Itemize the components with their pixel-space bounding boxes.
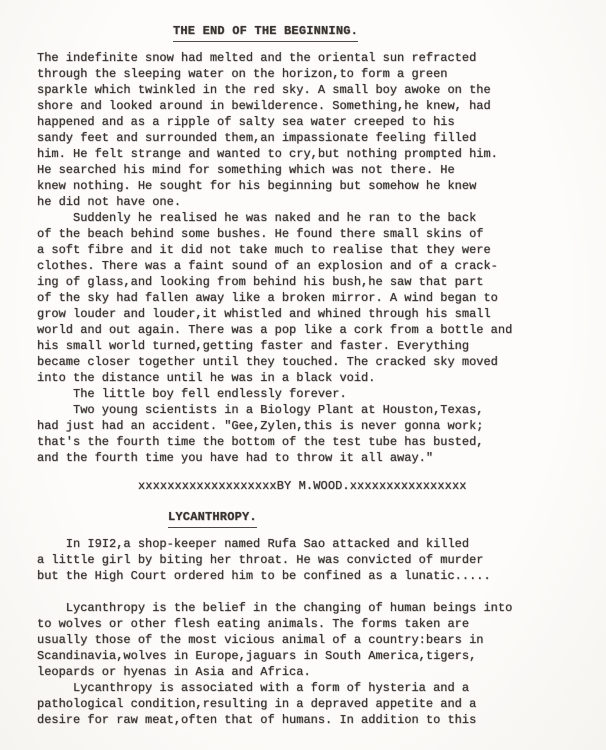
text-line: but the High Court ordered him to be con… bbox=[37, 568, 576, 584]
text-line: Scandinavia,wolves in Europe,jaguars in … bbox=[37, 648, 576, 664]
paragraph: In I9I2,a shop-keeper named Rufa Sao att… bbox=[37, 536, 576, 584]
paragraph: Lycanthropy is the belief in the changin… bbox=[37, 600, 576, 680]
text-line: clothes. There was a faint sound of an e… bbox=[37, 258, 576, 274]
text-line: of the beach behind some bushes. He foun… bbox=[37, 226, 576, 242]
text-line: into the distance until he was in a blac… bbox=[37, 370, 576, 386]
text-line: sandy feet and surrounded them,an impass… bbox=[37, 130, 576, 146]
text-line: Lycanthropy is associated with a form of… bbox=[37, 680, 576, 696]
text-line: happened and as a ripple of salty sea wa… bbox=[37, 114, 576, 130]
text-line: to wolves or other flesh eating animals.… bbox=[37, 616, 576, 632]
text-line: knew nothing. He sought for his beginnin… bbox=[37, 178, 576, 194]
document-page: THE END OF THE BEGINNING. The indefinite… bbox=[0, 0, 606, 750]
text-line: his small world turned,getting faster an… bbox=[37, 338, 576, 354]
story1-body: The indefinite snow had melted and the o… bbox=[37, 50, 576, 466]
text-line: Two young scientists in a Biology Plant … bbox=[37, 402, 576, 418]
paragraph: Lycanthropy is associated with a form of… bbox=[37, 680, 576, 728]
text-line: had just had an accident. "Gee,Zylen,thi… bbox=[37, 418, 576, 434]
text-line: desire for raw meat,often that of humans… bbox=[37, 712, 576, 728]
text-line: a soft fibre and it did not take much to… bbox=[37, 242, 576, 258]
text-line: became closer together until they touche… bbox=[37, 354, 576, 370]
text-line: a little girl by biting her throat. He w… bbox=[37, 552, 576, 568]
story2-title-row: LYCANTHROPY. bbox=[168, 508, 576, 526]
text-line: ing of glass,and looking from behind his… bbox=[37, 274, 576, 290]
text-line: him. He felt strange and wanted to cry,b… bbox=[37, 146, 576, 162]
text-line: grow louder and louder,it whistled and w… bbox=[37, 306, 576, 322]
text-line: and the fourth time you have had to thro… bbox=[37, 450, 576, 466]
text-line: sparkle which twinkled in the red sky. A… bbox=[37, 82, 576, 98]
text-line: Lycanthropy is the belief in the changin… bbox=[37, 600, 576, 616]
paragraph: The little boy fell endlessly forever. bbox=[37, 386, 576, 402]
story2-body: In I9I2,a shop-keeper named Rufa Sao att… bbox=[37, 536, 576, 728]
text-line: Suddenly he realised he was naked and he… bbox=[37, 210, 576, 226]
text-line: world and out again. There was a pop lik… bbox=[37, 322, 576, 338]
text-line: The indefinite snow had melted and the o… bbox=[37, 50, 576, 66]
text-line: he did not have one. bbox=[37, 194, 576, 210]
paragraph: Two young scientists in a Biology Plant … bbox=[37, 402, 576, 466]
text-line: usually those of the most vicious animal… bbox=[37, 632, 576, 648]
story1-title-row: THE END OF THE BEGINNING. bbox=[173, 22, 576, 40]
text-line: leopards or hyenas in Asia and Africa. bbox=[37, 664, 576, 680]
text-line: pathological condition,resulting in a de… bbox=[37, 696, 576, 712]
text-line: The little boy fell endlessly forever. bbox=[37, 386, 576, 402]
story1-title: THE END OF THE BEGINNING. bbox=[173, 22, 358, 42]
byline: xxxxxxxxxxxxxxxxxxxBY M.WOOD.xxxxxxxxxxx… bbox=[138, 478, 576, 494]
story2-title: LYCANTHROPY. bbox=[168, 508, 257, 528]
paragraph: Suddenly he realised he was naked and he… bbox=[37, 210, 576, 386]
text-line: He searched his mind for something which… bbox=[37, 162, 576, 178]
page-content: THE END OF THE BEGINNING. The indefinite… bbox=[0, 0, 606, 728]
text-line: shore and looked around in bewilderence.… bbox=[37, 98, 576, 114]
text-line: through the sleeping water on the horizo… bbox=[37, 66, 576, 82]
text-line: that's the fourth time the bottom of the… bbox=[37, 434, 576, 450]
text-line: of the sky had fallen away like a broken… bbox=[37, 290, 576, 306]
text-line: In I9I2,a shop-keeper named Rufa Sao att… bbox=[37, 536, 576, 552]
paragraph: The indefinite snow had melted and the o… bbox=[37, 50, 576, 210]
